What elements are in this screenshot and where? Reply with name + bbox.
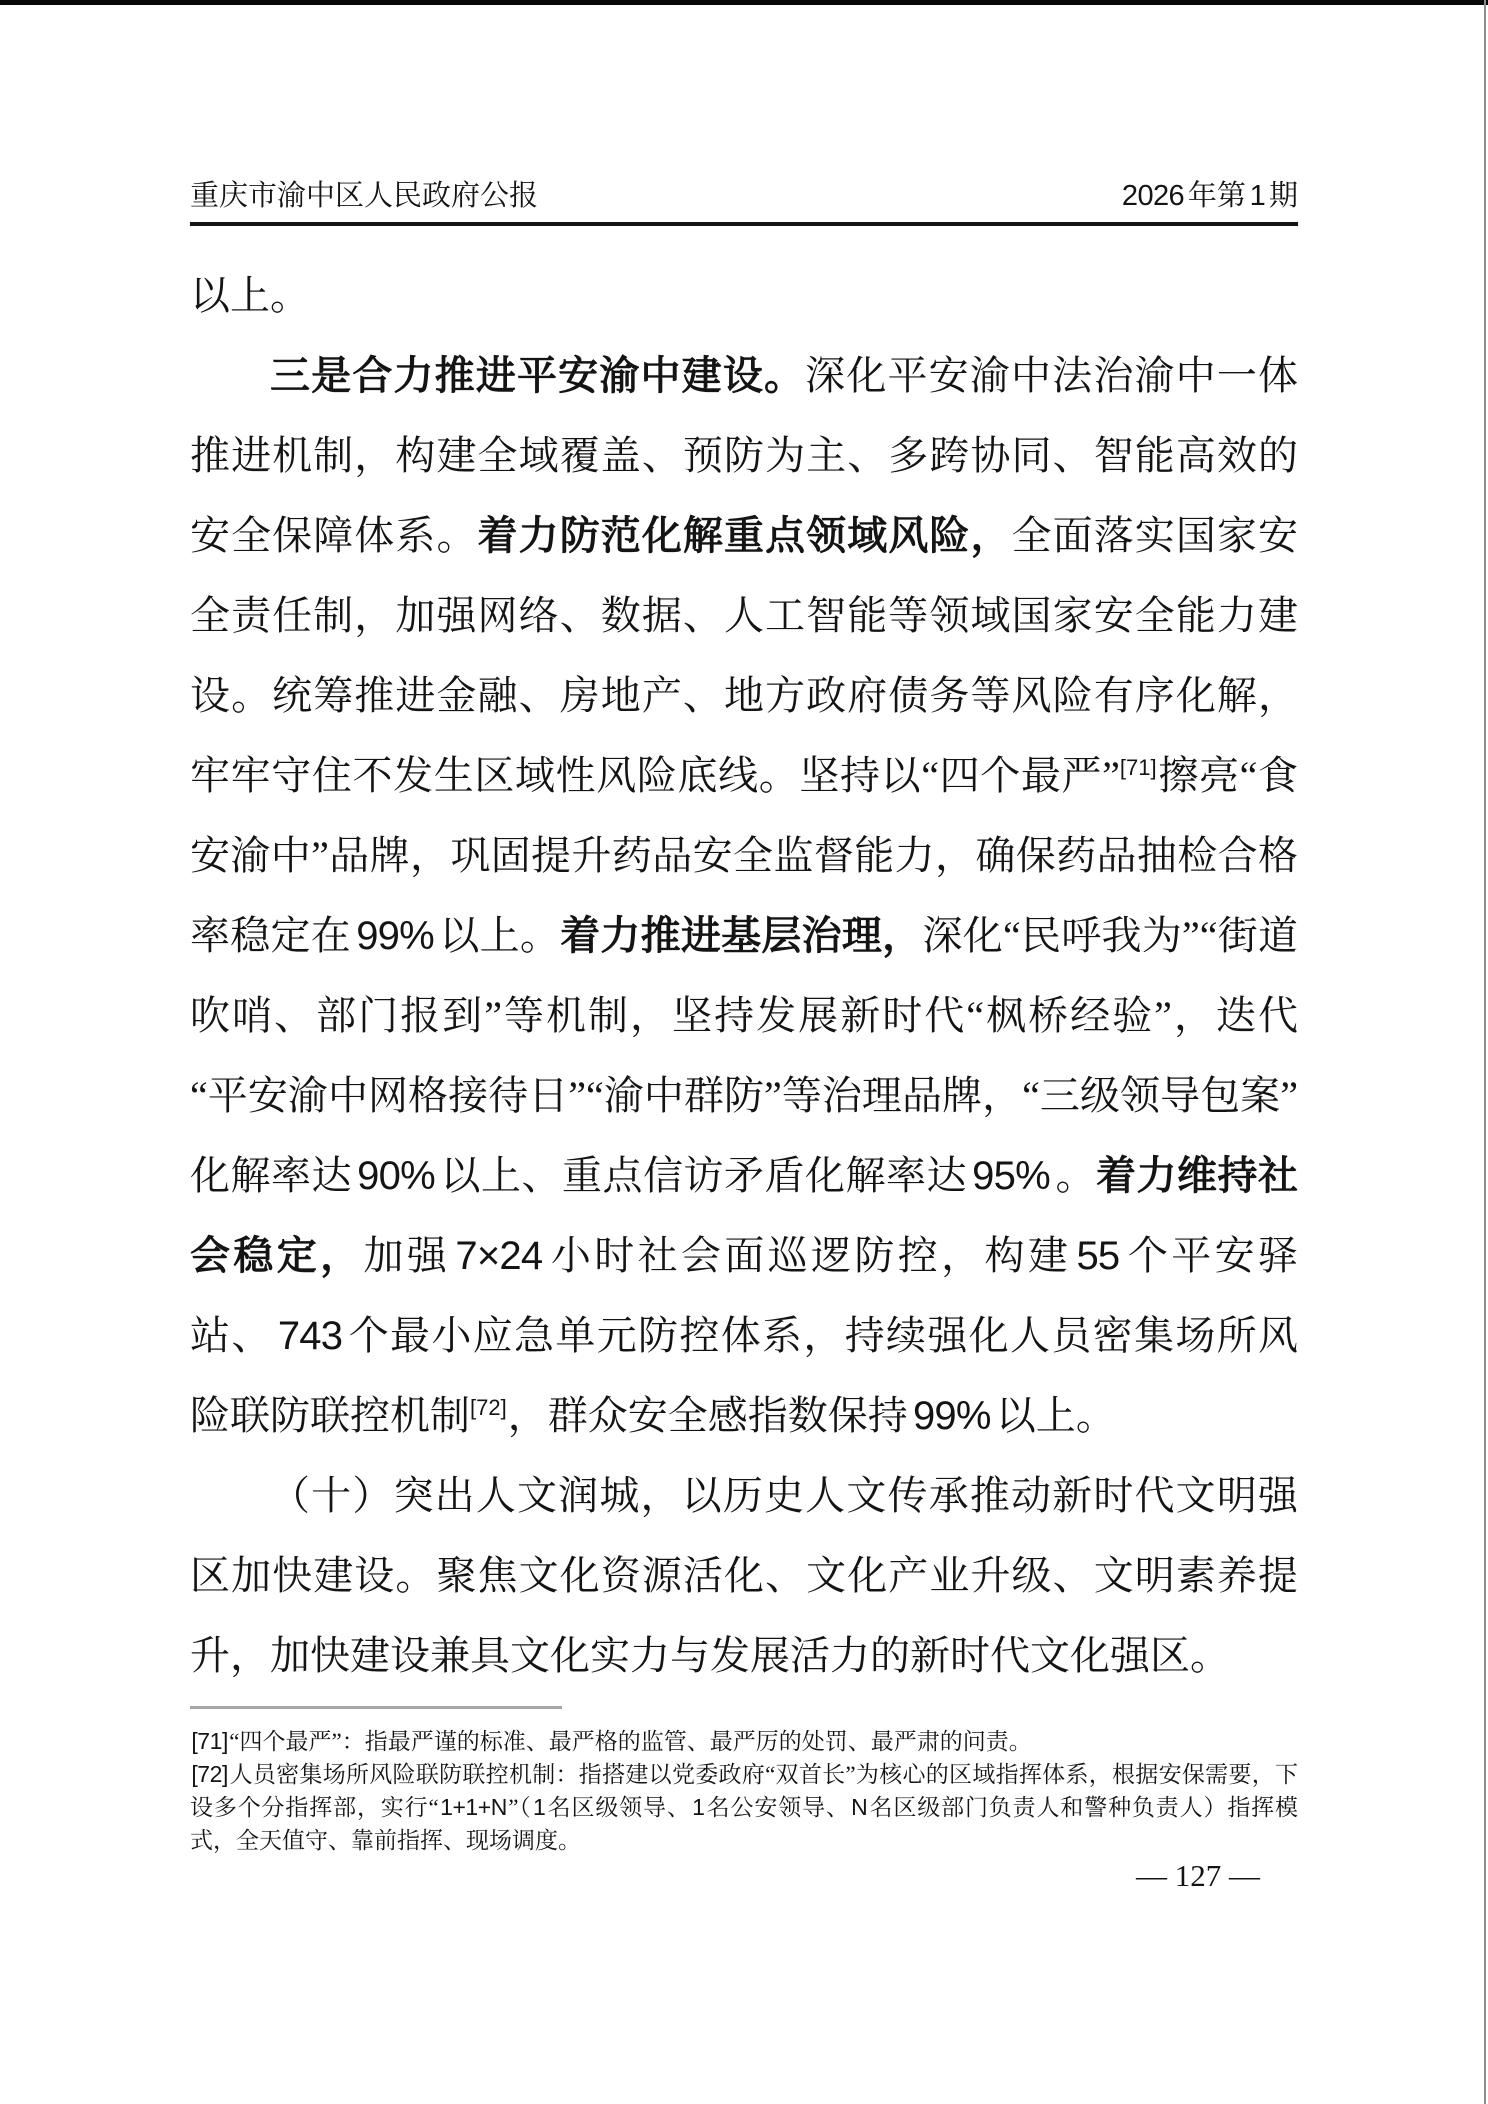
text-segment: N [851, 1794, 867, 1820]
text-segment: 99% [356, 914, 434, 958]
text-segment: 期 [1269, 180, 1298, 212]
text-segment: 。 [1055, 1153, 1096, 1198]
footnote-separator [190, 1706, 562, 1709]
issue-number: 2026年第1期 [1118, 176, 1298, 216]
text-segment: 以上。 [996, 1393, 1116, 1438]
text-segment: 1 [1250, 180, 1266, 212]
text-segment: [71] [191, 1728, 228, 1754]
text-segment: 加强 [363, 1233, 450, 1278]
text-segment: ”（ [508, 1795, 531, 1820]
text-segment: 7×24 [455, 1234, 542, 1278]
body-paragraph: （十）突出人文润城，以历史人文传承推动新时代文明强区加快建设。聚焦文化资源活化、… [190, 1456, 1298, 1696]
page-number: — 127 — [1136, 1858, 1260, 1894]
text-segment: 以上。 [190, 273, 310, 318]
text-segment: 名区级领导、 [547, 1795, 691, 1820]
text-segment: 名公安领导、 [706, 1795, 850, 1820]
text-segment: 着力防范化解重点领域风险， [478, 513, 1012, 558]
gazette-title: 重庆市渝中区人民政府公报 [190, 176, 538, 216]
text-segment: 55 [1076, 1234, 1119, 1278]
page-header: 重庆市渝中区人民政府公报 2026年第1期 [190, 176, 1298, 216]
footnotes-section: [71]“四个最严”：指最严谨的标准、最严格的监管、最严厉的处罚、最严肃的问责。… [190, 1706, 1298, 1857]
text-segment: ，群众安全感指数保持 [508, 1393, 908, 1438]
text-segment: 1 [692, 1794, 704, 1820]
gazette-page: 重庆市渝中区人民政府公报 2026年第1期 以上。三是合力推进平安渝中建设。深化… [0, 0, 1488, 2104]
text-segment: （十）突出人文润城，以历史人文传承推动新时代文明强区加快建设。聚焦文化资源活化、… [190, 1473, 1298, 1678]
header-rule [190, 222, 1298, 226]
text-segment: 90% [357, 1154, 435, 1198]
text-segment: [72] [191, 1761, 228, 1787]
text-segment: 99% [913, 1394, 991, 1438]
scan-right-edge-line [1484, 0, 1486, 2104]
document-body: 以上。三是合力推进平安渝中建设。深化平安渝中法治渝中一体推进机制，构建全域覆盖、… [190, 256, 1298, 1696]
footnote: [71]“四个最严”：指最严谨的标准、最严格的监管、最严厉的处罚、最严肃的问责。 [190, 1725, 1298, 1758]
text-segment: 小时社会面巡逻防控，构建 [547, 1233, 1071, 1278]
footnote: [72]人员密集场所风险联防联控机制：指搭建以党委政府“双首长”为核心的区域指挥… [190, 1758, 1298, 1857]
text-segment: “四个最严”：指最严谨的标准、最严格的监管、最严厉的处罚、最严肃的问责。 [229, 1729, 1031, 1754]
text-segment: 以上。 [439, 913, 560, 958]
scan-top-edge [0, 0, 1488, 5]
text-segment: 1+1+N [440, 1794, 507, 1820]
text-segment: 95% [972, 1154, 1050, 1198]
text-segment: 2026 [1122, 180, 1184, 212]
body-paragraph: 以上。 [190, 256, 1298, 336]
text-segment: 1 [533, 1794, 545, 1820]
footnote-list: [71]“四个最严”：指最严谨的标准、最严格的监管、最严厉的处罚、最严肃的问责。… [190, 1725, 1298, 1857]
text-segment: 三是合力推进平安渝中建设。 [270, 353, 805, 398]
footnote-reference: [72] [470, 1395, 507, 1420]
footnote-reference: [71] [1120, 755, 1157, 780]
text-segment: 743 [278, 1314, 342, 1358]
text-segment: 着力推进基层治理， [560, 913, 922, 958]
text-segment: 年第 [1188, 180, 1246, 212]
text-segment: 以上、重点信访矛盾化解率达 [440, 1153, 967, 1198]
body-paragraph: 三是合力推进平安渝中建设。深化平安渝中法治渝中一体推进机制，构建全域覆盖、预防为… [190, 336, 1298, 1456]
